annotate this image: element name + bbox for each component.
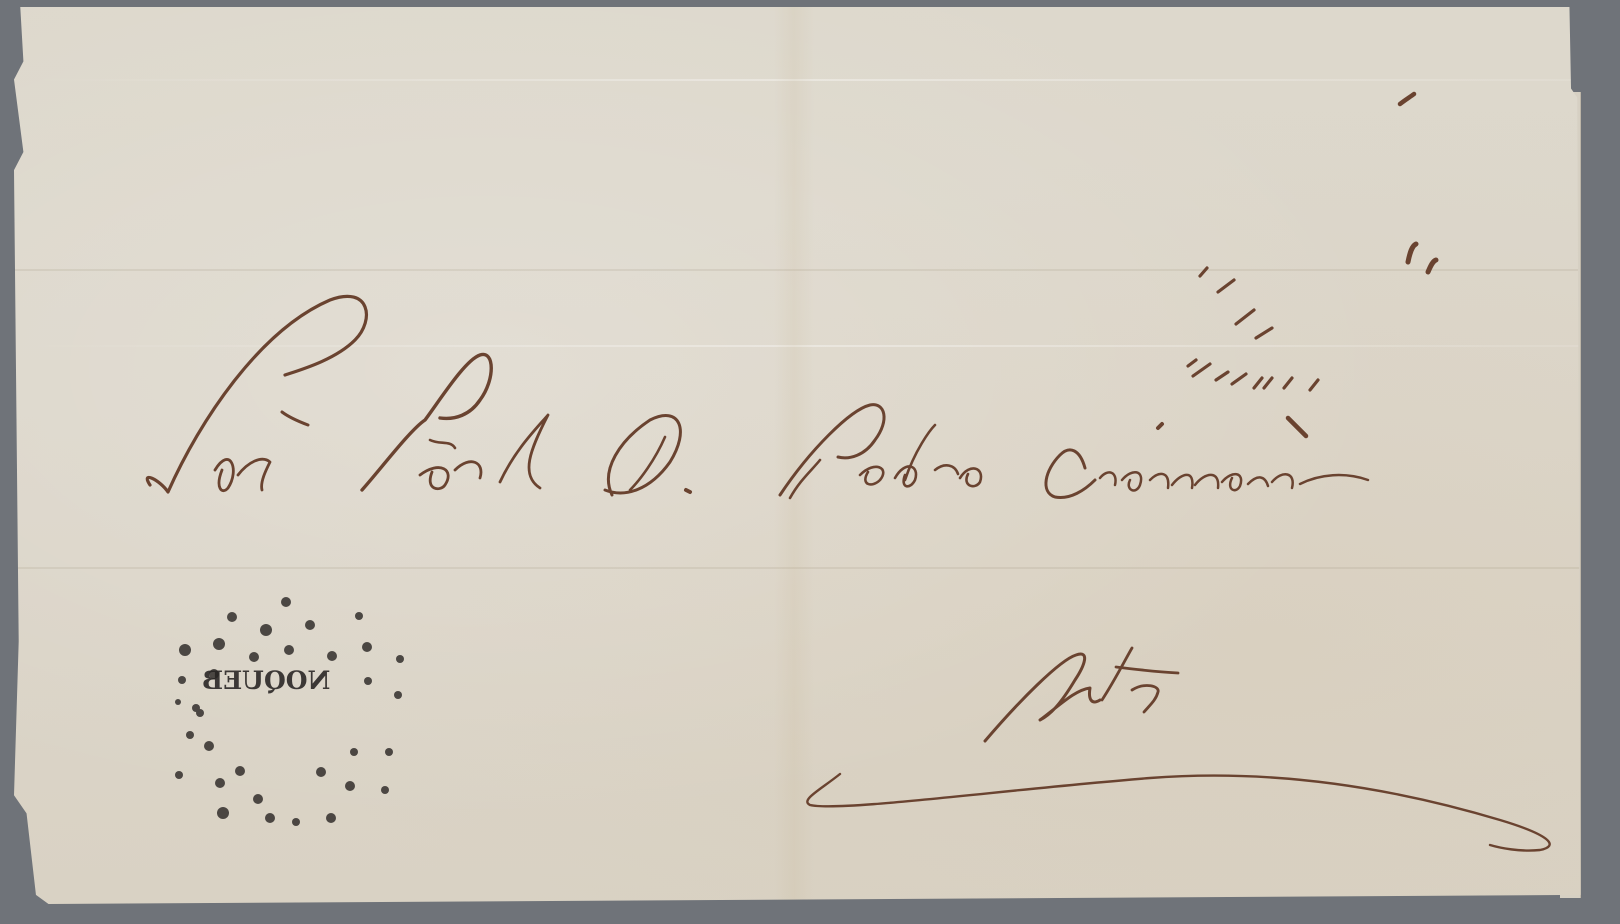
postmark-dots — [175, 597, 404, 826]
postmark — [0, 0, 1620, 924]
postmark-town-name: NOQUEB — [202, 666, 330, 695]
